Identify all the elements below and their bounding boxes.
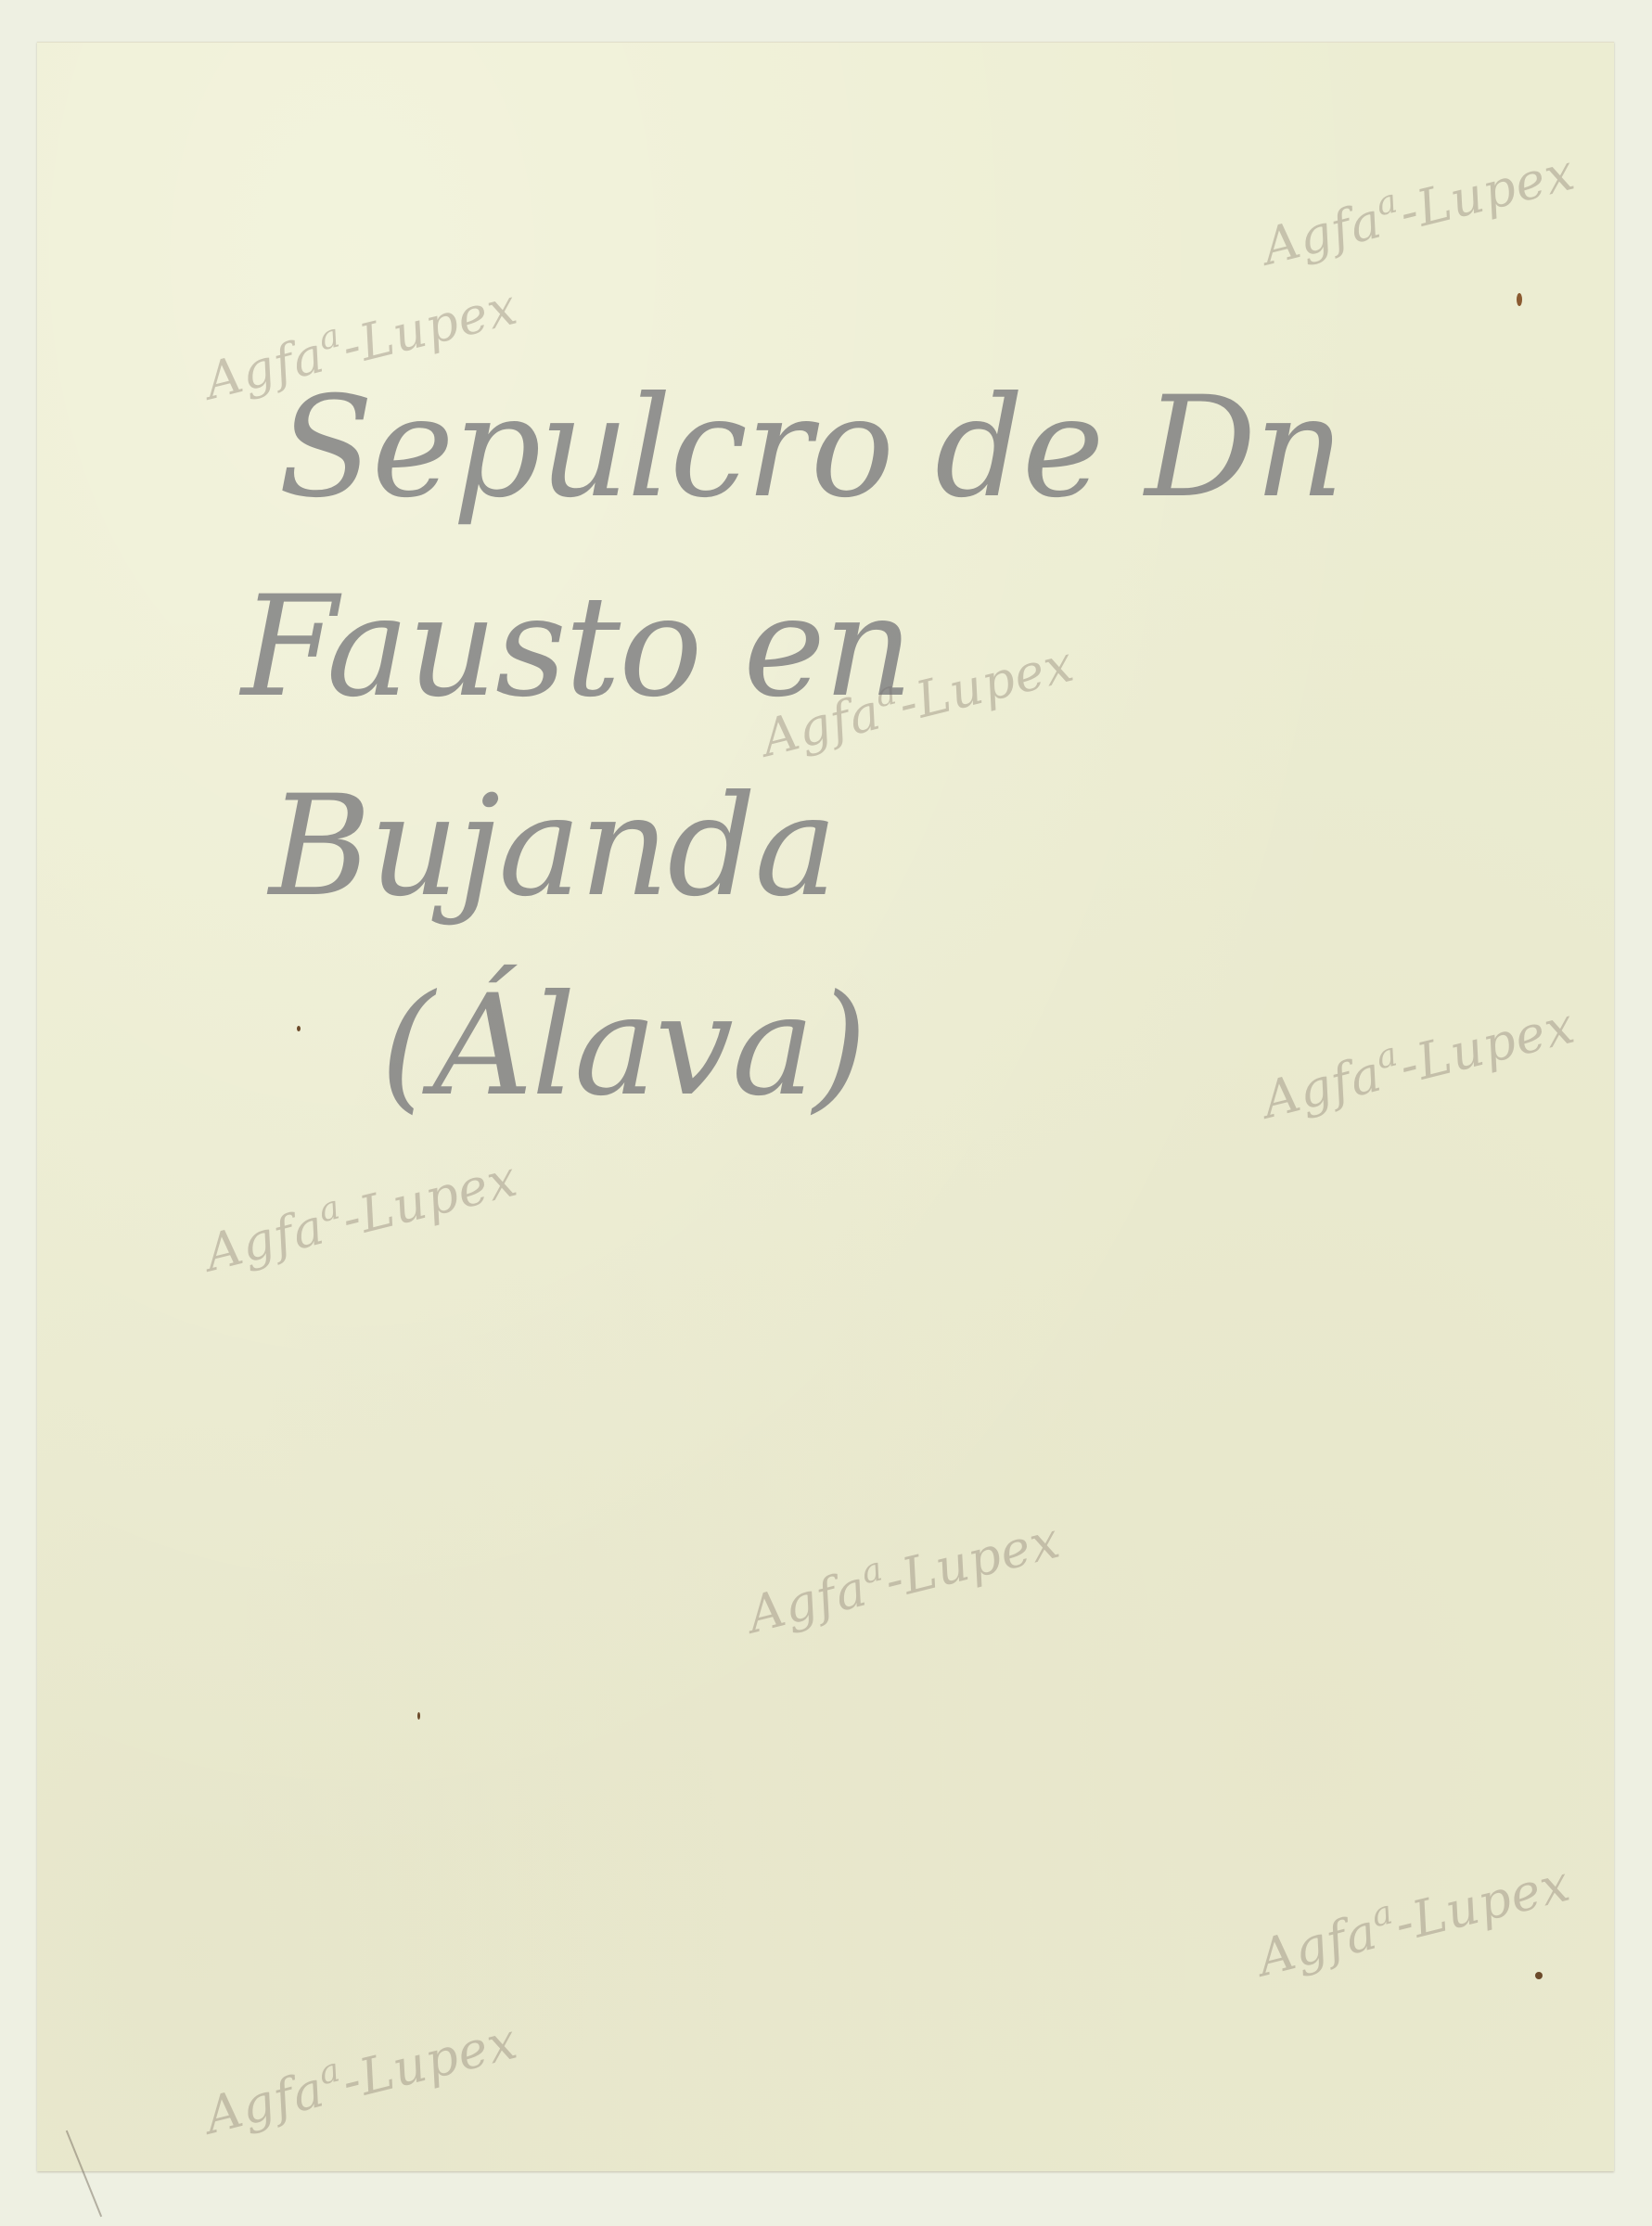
caption-line-3: Bujanda xyxy=(241,748,1586,947)
watermark-agfa-lupex: Agfaa-Lupex xyxy=(1251,1850,1576,1988)
watermark-tail: -Lupex xyxy=(878,1511,1065,1611)
watermark-tail: -Lupex xyxy=(336,2012,522,2112)
foxing-spot xyxy=(297,1026,301,1031)
watermark-tail: -Lupex xyxy=(1393,143,1580,243)
watermark-tail: -Lupex xyxy=(336,1149,522,1249)
watermark-agfa-lupex: Agfaa-Lupex xyxy=(198,2008,523,2145)
watermark-text: Agfa xyxy=(1257,190,1388,276)
photo-verso-card: Agfaa-Lupex Agfaa-Lupex Agfaa-Lupex Agfa… xyxy=(37,42,1614,2171)
caption-line-4: (Álava) xyxy=(241,947,1586,1146)
foxing-spot xyxy=(1517,293,1522,306)
corner-crease xyxy=(66,2117,136,2217)
watermark-text: Agfa xyxy=(1252,1901,1383,1988)
watermark-text: Agfa xyxy=(199,2059,330,2145)
watermark-agfa-lupex: Agfaa-Lupex xyxy=(741,1507,1066,1644)
foxing-spot xyxy=(1535,1972,1543,1979)
watermark-text: Agfa xyxy=(199,1196,330,1283)
watermark-tail: -Lupex xyxy=(1389,1854,1575,1954)
watermark-agfa-lupex: Agfaa-Lupex xyxy=(198,1145,523,1283)
watermark-agfa-lupex: Agfaa-Lupex xyxy=(1256,139,1581,276)
caption-line-1: Sepulcro de Dn xyxy=(241,349,1586,548)
handwritten-caption: Sepulcro de Dn Fausto en Bujanda (Álava) xyxy=(241,349,1586,1146)
foxing-spot xyxy=(417,1712,420,1720)
watermark-text: Agfa xyxy=(742,1558,873,1644)
caption-line-2: Fausto en xyxy=(241,548,1586,748)
